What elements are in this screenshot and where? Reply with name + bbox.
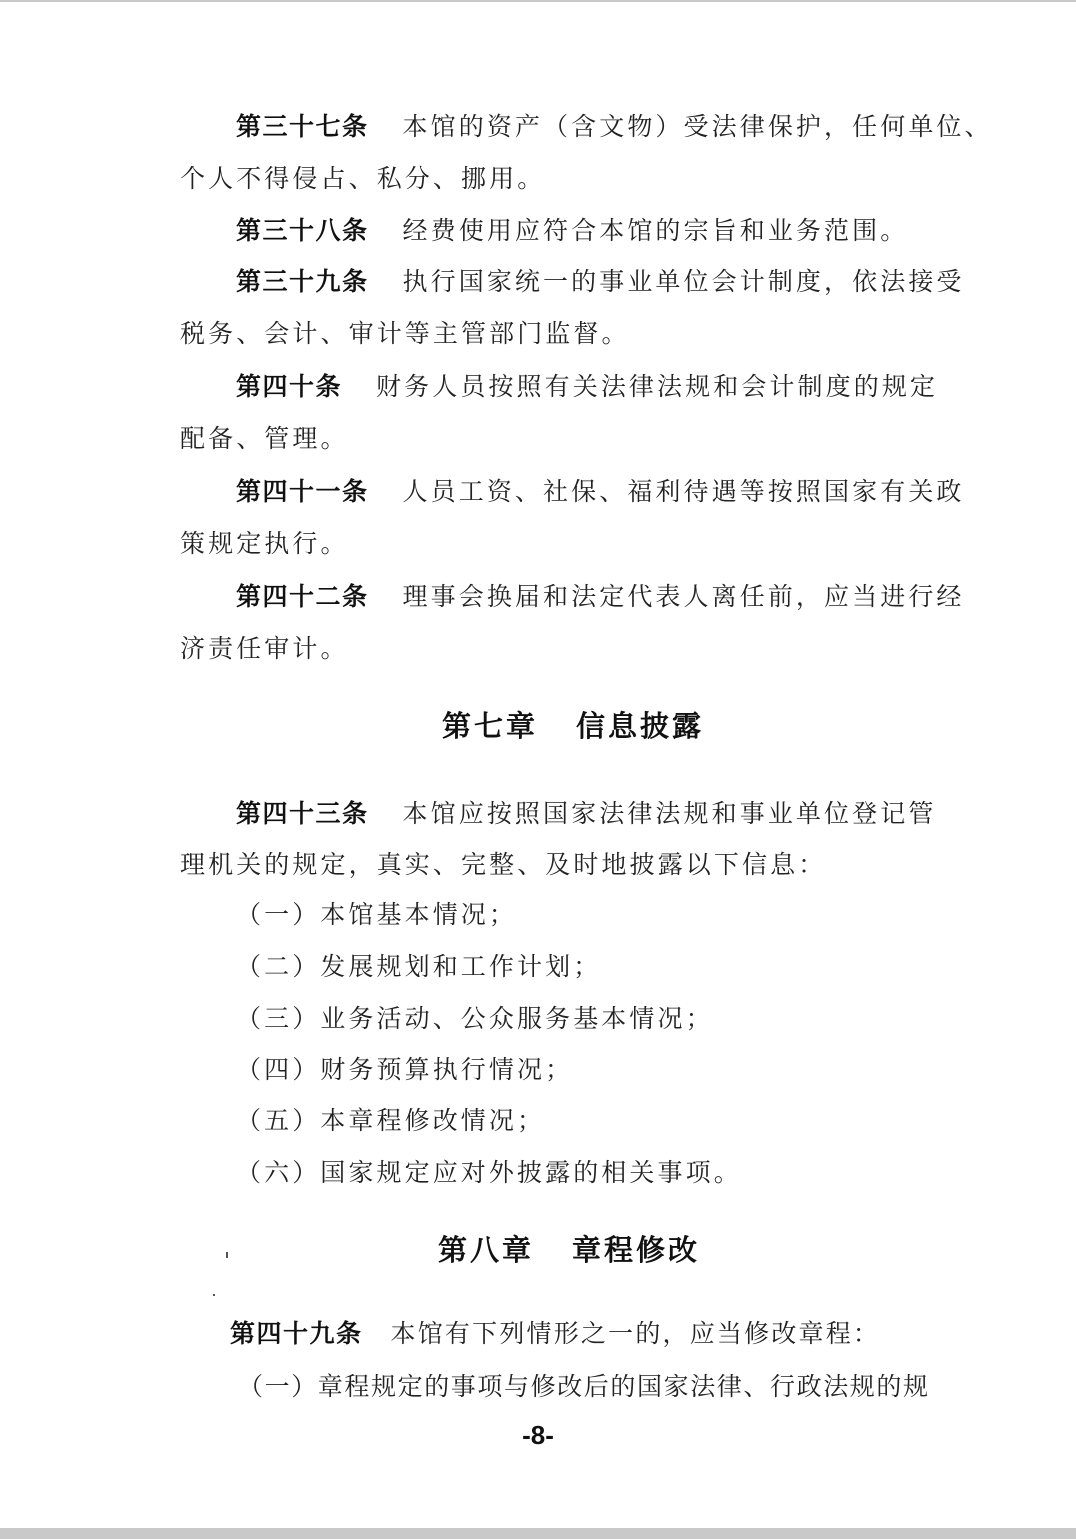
article-label: 第三十八条: [236, 216, 369, 245]
article-43: 第四十三条本馆应按照国家法律法规和事业单位登记管: [236, 797, 936, 831]
article-49: 第四十九条本馆有下列情形之一的，应当修改章程：: [230, 1317, 880, 1351]
chapter-title: 章程修改: [572, 1233, 700, 1267]
article-39: 第三十九条执行国家统一的事业单位会计制度，依法接受: [236, 265, 965, 299]
article-text: 本馆的资产（含文物）受法律保护，任何单位、: [403, 112, 993, 141]
article-label: 第三十九条: [236, 267, 369, 296]
article-text: 财务人员按照有关法律法规和会计制度的规定: [376, 372, 938, 401]
article-41: 第四十一条人员工资、社保、福利待遇等按照国家有关政: [236, 475, 965, 509]
document-page: 第三十七条本馆的资产（含文物）受法律保护，任何单位、 个人不得侵占、私分、挪用。…: [0, 0, 1076, 1528]
article-label: 第四十九条: [230, 1319, 363, 1348]
article-38: 第三十八条经费使用应符合本馆的宗旨和业务范围。: [236, 214, 908, 248]
article-text: 执行国家统一的事业单位会计制度，依法接受: [403, 267, 965, 296]
chapter-title: 信息披露: [576, 709, 704, 743]
article-42: 第四十二条理事会换届和法定代表人离任前，应当进行经: [236, 580, 965, 614]
article-label: 第四十二条: [236, 582, 369, 611]
article-40-cont: 配备、管理。: [180, 422, 349, 456]
article-text: 本馆应按照国家法律法规和事业单位登记管: [403, 799, 937, 828]
list-item: （四）财务预算执行情况；: [236, 1053, 573, 1087]
chapter-7-heading: 第七章信息披露: [442, 708, 704, 744]
article-43-cont: 理机关的规定，真实、完整、及时地披露以下信息：: [180, 848, 826, 882]
article-label: 第四十一条: [236, 477, 369, 506]
chapter-8-heading: 第八章章程修改: [438, 1232, 700, 1268]
article-37: 第三十七条本馆的资产（含文物）受法律保护，任何单位、: [236, 110, 993, 144]
list-item: （二）发展规划和工作计划；: [236, 950, 601, 984]
list-item: （一）章程规定的事项与修改后的国家法律、行政法规的规: [238, 1370, 930, 1404]
article-text: 人员工资、社保、福利待遇等按照国家有关政: [403, 477, 965, 506]
article-label: 第四十条: [236, 372, 342, 401]
article-text: 理事会换届和法定代表人离任前，应当进行经: [403, 582, 965, 611]
article-41-cont: 策规定执行。: [180, 527, 349, 561]
list-item: （三）业务活动、公众服务基本情况；: [236, 1002, 714, 1036]
list-item: （五）本章程修改情况；: [236, 1104, 545, 1138]
article-39-cont: 税务、会计、审计等主管部门监督。: [180, 317, 630, 351]
list-item: （一）本馆基本情况；: [236, 898, 517, 932]
article-label: 第四十三条: [236, 799, 369, 828]
scan-speck: [226, 1252, 228, 1258]
list-item: （六）国家规定应对外披露的相关事项。: [236, 1156, 742, 1190]
article-37-cont: 个人不得侵占、私分、挪用。: [180, 162, 545, 196]
chapter-number: 第八章: [438, 1233, 534, 1267]
article-text: 本馆有下列情形之一的，应当修改章程：: [391, 1319, 881, 1348]
article-label: 第三十七条: [236, 112, 369, 141]
article-text: 经费使用应符合本馆的宗旨和业务范围。: [403, 216, 909, 245]
article-42-cont: 济责任审计。: [180, 632, 349, 666]
scan-speck: [213, 1294, 215, 1296]
chapter-number: 第七章: [442, 709, 538, 743]
bottom-edge: [0, 1528, 1076, 1539]
page-number: -8-: [522, 1420, 554, 1450]
article-40: 第四十条财务人员按照有关法律法规和会计制度的规定: [236, 370, 938, 404]
